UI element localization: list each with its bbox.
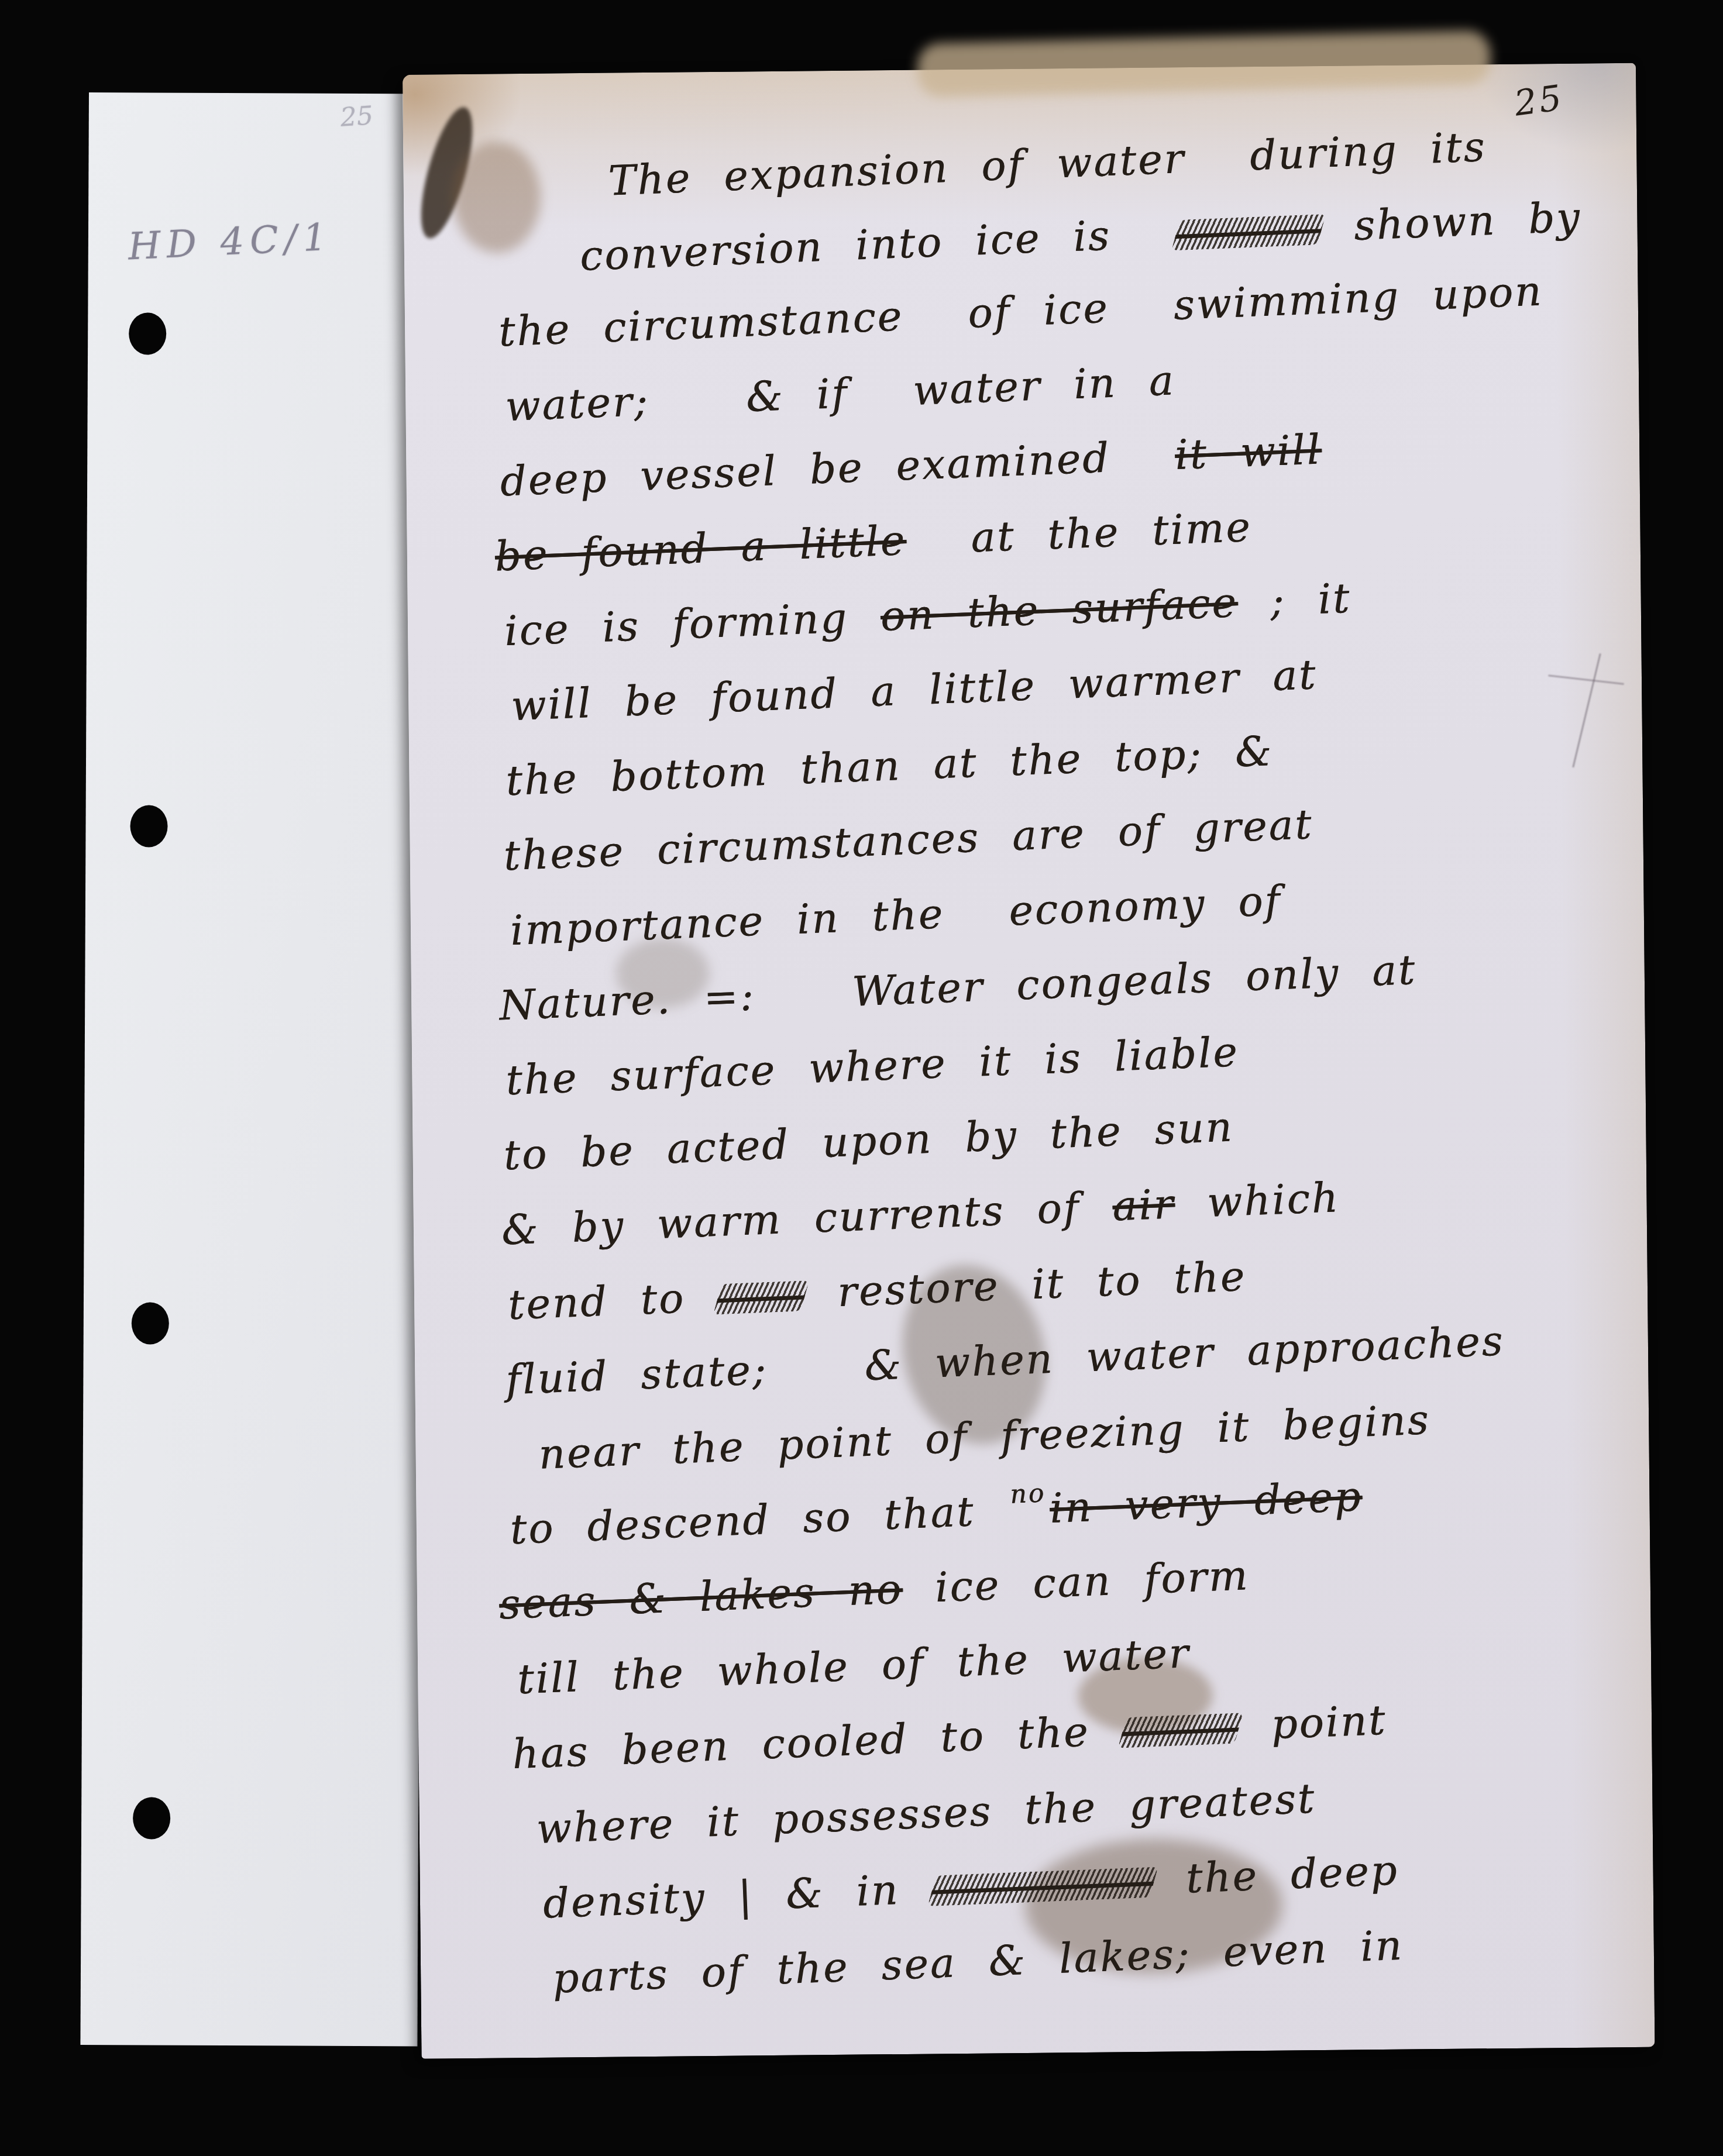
text-line: importance in the economy of [510, 880, 1282, 952]
text-line: near the point of freezing it begins [538, 1399, 1430, 1475]
text-line: the bottom than at the top; & [505, 731, 1274, 801]
text-line: be found a little at the time [494, 507, 1253, 577]
text-line: Nature. =: Water congeals only at [498, 949, 1417, 1027]
struck-through-text: it will [1174, 425, 1322, 479]
handwritten-text: ice is forming [504, 593, 882, 655]
handwritten-text: density | & in [542, 1865, 932, 1928]
archive-reference: HD 4C/1 [127, 216, 333, 269]
text-line: will be found a little warmer at [510, 654, 1318, 726]
handwritten-text: to be acted upon by the sun [503, 1103, 1234, 1179]
handwritten-text: which [1174, 1173, 1340, 1228]
handwritten-text: to descend so that [509, 1486, 1008, 1554]
handwritten-text: importance in the economy of [509, 877, 1282, 955]
scribbled-out-word [713, 1280, 810, 1315]
handwritten-text: point [1238, 1696, 1388, 1750]
handwritten-text: the circumstance of ice swimming upon [498, 267, 1544, 356]
handwritten-text: the deep [1153, 1846, 1399, 1903]
handwritten-text: has been cooled to the [511, 1706, 1123, 1778]
handwritten-text: & by warm currents of [500, 1182, 1113, 1254]
text-line: deep vessel be examined it will [499, 429, 1322, 502]
scribbled-out-word [1171, 214, 1326, 250]
punch-hole [129, 312, 166, 354]
handwritten-text: where it possesses the greatest [535, 1775, 1316, 1853]
struck-through-text: on the surface [879, 578, 1239, 640]
pencil-page-number: 25 [339, 101, 374, 133]
text-line: to be acted upon by the sun [503, 1106, 1234, 1176]
text-line: ice is forming on the surface ; it [504, 578, 1352, 652]
handwritten-text: till the whole of the water [517, 1629, 1191, 1703]
text-line: water; & if water in a [504, 360, 1176, 427]
handwritten-text: ice can form [902, 1551, 1250, 1613]
handwritten-text: these circumstances are of great [503, 800, 1314, 880]
scribbled-out-word [1117, 1713, 1243, 1748]
handwritten-text: Nature. =: Water congeals only at [498, 946, 1418, 1030]
text-line: the surface where it is liable [505, 1031, 1240, 1101]
handwritten-text: the surface where it is liable [505, 1028, 1240, 1104]
handwritten-text: conversion into ice is [579, 209, 1176, 280]
struck-through-text: seas & lakes no [498, 1565, 904, 1628]
punch-hole [133, 1797, 170, 1839]
handwritten-text: restore it to the [804, 1252, 1247, 1318]
handwritten-text: near the point of freezing it begins [538, 1396, 1431, 1479]
handwritten-text: fluid state; & when water approaches [505, 1317, 1505, 1404]
text-line: to descend so that noin very deep [510, 1476, 1363, 1550]
handwritten-text: The expansion of water during its [607, 123, 1487, 205]
handwritten-text: the bottom than at the top; & [505, 727, 1274, 805]
handwritten-text: deep vessel be examined [499, 431, 1176, 505]
handwritten-text: at the time [905, 503, 1253, 564]
handwritten-text: parts of the sea & lakes; even in [552, 1921, 1404, 2003]
text-line: conversion into ice is shown by [579, 197, 1582, 277]
text-line: tend to restore it to the [507, 1256, 1247, 1326]
struck-through-text: in very deep [1049, 1472, 1363, 1532]
punch-hole [132, 1302, 169, 1344]
text-line: parts of the sea & lakes; even in [552, 1925, 1404, 1999]
text-line: till the whole of the water [517, 1633, 1191, 1700]
handwritten-text: will be found a little warmer at [510, 650, 1318, 730]
text-line: has been cooled to the point [511, 1700, 1387, 1775]
struck-through-text: be found a little [494, 516, 907, 581]
archive-photograph: { "scene": { "background_color": "#06060… [0, 0, 1723, 2156]
inserted-word-above-line: no [1009, 1478, 1046, 1509]
text-line: The expansion of water during its [607, 126, 1487, 202]
text-line: where it possesses the greatest [535, 1778, 1316, 1850]
text-line: these circumstances are of great [503, 804, 1313, 876]
handwritten-text: shown by [1320, 193, 1582, 251]
handwritten-text: water; & if water in a [504, 356, 1176, 430]
text-line: & by warm currents of air which [501, 1177, 1340, 1251]
text-line: the circumstance of ice swimming upon [498, 270, 1543, 352]
punch-hole [130, 805, 167, 847]
manuscript-page: 25 The expansion of water during itsconv… [403, 63, 1655, 2059]
guard-sheet: 25 HD 4C/1 [80, 92, 426, 2046]
scribbled-out-word [927, 1867, 1158, 1907]
manuscript-text: The expansion of water during itsconvers… [403, 63, 1655, 2059]
text-line: seas & lakes no ice can form [498, 1555, 1250, 1625]
struck-through-text: air [1112, 1180, 1176, 1230]
text-line: density | & in the deep [542, 1850, 1399, 1924]
text-line: fluid state; & when water approaches [505, 1320, 1505, 1400]
handwritten-text: ; it [1237, 574, 1352, 627]
handwritten-text: tend to [507, 1273, 718, 1329]
